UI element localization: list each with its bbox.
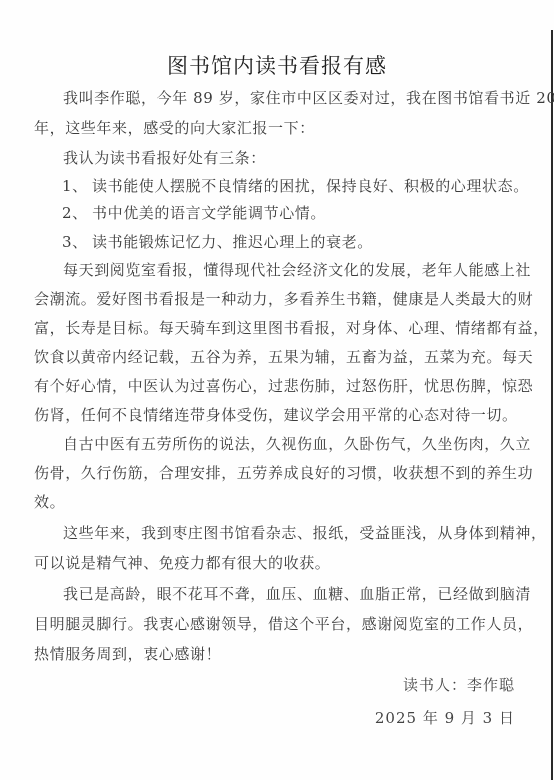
reading-room-line-3: 富，长寿是目标。每天骑车到这里图书看报，对身体、心理、情绪都有益， bbox=[34, 319, 534, 337]
reading-room-line-5: 有个好心情，中医认为过喜伤心，过悲伤肺，过怒伤肝，忧思伤脾，惊恐 bbox=[34, 377, 534, 395]
gains-line-2: 可以说是精气神、免疫力都有很大的收获。 bbox=[34, 554, 534, 572]
five-strains-line-1: 自古中医有五劳所伤的说法，久视伤血，久卧伤气，久坐伤肉，久立 bbox=[63, 435, 554, 453]
thanks-line-1: 我已是高龄，眼不花耳不聋，血压、血糖、血脂正常，已经做到脑清 bbox=[63, 585, 554, 603]
thanks-line-2: 目明腿灵脚行。我衷心感谢领导，借这个平台，感谢阅览室的工作人员， bbox=[34, 615, 534, 633]
reading-room-line-2: 会潮流。爱好图书看报是一种动力，多看养生书籍，健康是人类最大的财 bbox=[34, 290, 534, 308]
gains-line-1: 这些年来，我到枣庄图书馆看杂志、报纸，受益匪浅，从身体到精神， bbox=[63, 524, 554, 542]
benefit-item-2: 2、书中优美的语言文学能调节心情。 bbox=[62, 204, 326, 222]
reading-room-line-1: 每天到阅览室看报，懂得现代社会经济文化的发展，老年人能感上社 bbox=[63, 261, 554, 279]
document-page: 图书馆内读书看报有感 我叫李作聪，今年 89 岁，家住市中区区委对过，我在图书馆… bbox=[0, 0, 554, 780]
intro-line-1: 我叫李作聪，今年 89 岁，家住市中区区委对过，我在图书馆看书近 20 bbox=[63, 89, 554, 107]
benefit-item-1: 1、读书能使人摆脱不良情绪的困扰，保持良好、积极的心理状态。 bbox=[62, 177, 529, 195]
benefit-text: 书中优美的语言文学能调节心情。 bbox=[92, 204, 326, 222]
benefit-text: 读书能使人摆脱不良情绪的困扰，保持良好、积极的心理状态。 bbox=[92, 177, 529, 195]
thanks-line-3: 热情服务周到，衷心感谢！ bbox=[34, 645, 534, 663]
five-strains-line-2: 伤骨，久行伤筋，合理安排，五劳养成良好的习惯，收获想不到的养生功 bbox=[34, 464, 534, 482]
benefit-item-3: 3、读书能锻炼记忆力、推迟心理上的衰老。 bbox=[62, 233, 373, 251]
signature-date: 2025 年 9 月 3 日 bbox=[375, 709, 515, 727]
five-strains-line-3: 效。 bbox=[34, 493, 534, 511]
reading-room-line-6: 伤肾，任何不良情绪连带身体受伤，建议学会用平常的心态对待一切。 bbox=[34, 406, 534, 424]
benefit-text: 读书能锻炼记忆力、推迟心理上的衰老。 bbox=[92, 233, 373, 251]
reading-room-line-4: 饮食以黄帝内经记载，五谷为养，五果为辅，五畜为益，五菜为充。每天 bbox=[34, 348, 534, 366]
benefit-number: 2、 bbox=[62, 204, 92, 222]
benefit-number: 1、 bbox=[62, 177, 92, 195]
benefits-heading: 我认为读书看报好处有三条： bbox=[63, 149, 554, 167]
document-title: 图书馆内读书看报有感 bbox=[0, 50, 554, 80]
page-edge-line bbox=[551, 30, 553, 780]
intro-line-2: 年，这些年来，感受的向大家汇报一下： bbox=[34, 119, 534, 137]
benefit-number: 3、 bbox=[62, 233, 92, 251]
signature-reader: 读书人：李作聪 bbox=[403, 676, 515, 694]
